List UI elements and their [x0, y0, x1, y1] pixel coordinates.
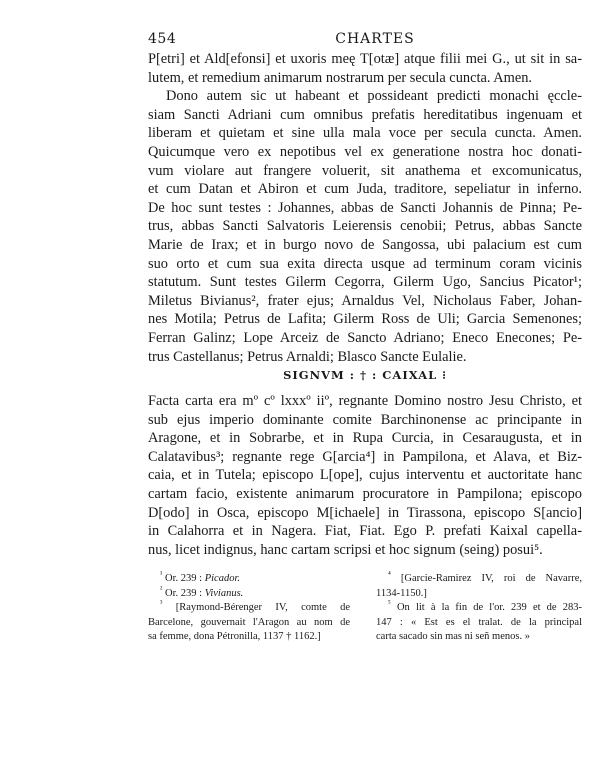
text-line: liberam et quietam et sine ulla mala voc…: [148, 124, 582, 143]
text-line: trus, abbas Sancti Salvatoris Leierensis…: [148, 217, 582, 236]
footnote-mark: ³: [160, 599, 162, 608]
text-line: Quicumque vero ex nepotibus vel ex gener…: [148, 143, 582, 162]
text-line: Ferran Galinz; Lope Arceiz de Sancto Adr…: [148, 329, 582, 348]
paragraph-1: P[etri] et Ald[efonsi] et uxoris meę T[o…: [148, 50, 582, 87]
text-line: caia, et in Tutela; episcopo L[ope], cuj…: [148, 466, 582, 485]
footnote-text: [Raymond-Bérenger IV, comte de: [176, 602, 350, 613]
text-line: nus, licet indignus, hanc cartam scripsi…: [148, 541, 582, 560]
footnote-3-line: sa femme, dona Pétronilla, 1137 † 1162.]: [148, 630, 350, 645]
text-line: trus Castellanus; Petrus Arnaldi; Blasco…: [148, 348, 582, 367]
footnote-text: On lit à la fin de l'or. 239 et de 283-: [397, 602, 582, 613]
main-text-lower: Facta carta era mº cº lxxxº iiº, regnant…: [148, 392, 582, 559]
footnote-mark: ¹: [160, 570, 162, 579]
footnote-text: [Garcie-Ramirez IV, roi de Navarre,: [401, 573, 582, 584]
text-line: nes Motila; Petrus de Lafita; Gilerm Ros…: [148, 310, 582, 329]
footnote-4-line: 1134-1150.]: [376, 587, 582, 602]
text-line: Miletus Bivianus², frater ejus; Arnaldus…: [148, 292, 582, 311]
footnote-text: Or. 239 :: [165, 588, 205, 599]
text-line: cartam facio, existente animarum procura…: [148, 485, 582, 504]
footnote-text: Or. 239 :: [165, 573, 205, 584]
footnote-3: ³ [Raymond-Bérenger IV, comte de: [148, 601, 350, 616]
text-line: De hoc sunt testes : Johannes, abbas de …: [148, 199, 582, 218]
footnote-5: ⁵ On lit à la fin de l'or. 239 et de 283…: [376, 601, 582, 616]
text-line: et cum Datan et Abiron et cum Juda, trad…: [148, 180, 582, 199]
paragraph-2: Dono autem sic ut habeant et possideant …: [148, 87, 582, 366]
running-title: CHARTES: [148, 31, 582, 47]
footnote-1: ¹ Or. 239 : Picador.: [148, 572, 350, 587]
footnote-mark: ²: [160, 584, 162, 593]
footnote-mark: ⁵: [388, 599, 391, 608]
footnotes-left-column: ¹ Or. 239 : Picador. ² Or. 239 : Vivianu…: [148, 572, 350, 645]
text-line: Marie de Irax; et in burgo novo de Sango…: [148, 236, 582, 255]
text-line: Calatavibus³; regnante rege G[arcia⁴] in…: [148, 448, 582, 467]
footnote-mark: ⁴: [388, 570, 391, 579]
footnote-italic: Picador.: [205, 573, 240, 584]
signum-line: SIGNVM : † : CAIXAL ⁝: [148, 368, 582, 382]
text-line: siam Sancti Adriani cum omnibus prefatis…: [148, 106, 582, 125]
footnote-3-line: Barcelone, gouvernait l'Aragon au nom de: [148, 616, 350, 631]
main-text-upper: P[etri] et Ald[efonsi] et uxoris meę T[o…: [148, 50, 582, 366]
footnote-italic: Vivianus.: [205, 588, 244, 599]
footnotes-right-column: ⁴ [Garcie-Ramirez IV, roi de Navarre, 11…: [376, 572, 582, 645]
footnote-5-line: 147 : « Est es el tralat. de la principa…: [376, 616, 582, 631]
text-line: vum violare aut frangere voluerit, sit a…: [148, 162, 582, 181]
text-line: D[odo] in Osca, episcopo M[ichaele] in T…: [148, 504, 582, 523]
page-header: 454 CHARTES: [148, 31, 582, 51]
text-line: statutum. Sunt testes Gilerm Cegorra, Gi…: [148, 273, 582, 292]
text-line: suo orto et cum sua exita directa usque …: [148, 255, 582, 274]
text-line: P[etri] et Ald[efonsi] et uxoris meę T[o…: [148, 50, 582, 69]
text-line: sub ejus imperio dominante comite Barchi…: [148, 411, 582, 430]
text-line: Dono autem sic ut habeant et possideant …: [148, 87, 582, 106]
text-line: lutem, et remedium animarum nostrarum pe…: [148, 69, 582, 88]
footnote-5-line: carta sacado sin mas ni señ menos. »: [376, 630, 582, 645]
footnote-2: ² Or. 239 : Vivianus.: [148, 587, 350, 602]
text-line: Facta carta era mº cº lxxxº iiº, regnant…: [148, 392, 582, 411]
text-line: Aragone, et in Sobrarbe, et in Rupa Curc…: [148, 429, 582, 448]
footnote-4: ⁴ [Garcie-Ramirez IV, roi de Navarre,: [376, 572, 582, 587]
text-line: in Calahorra et in Nagera. Fiat, Fiat. E…: [148, 522, 582, 541]
